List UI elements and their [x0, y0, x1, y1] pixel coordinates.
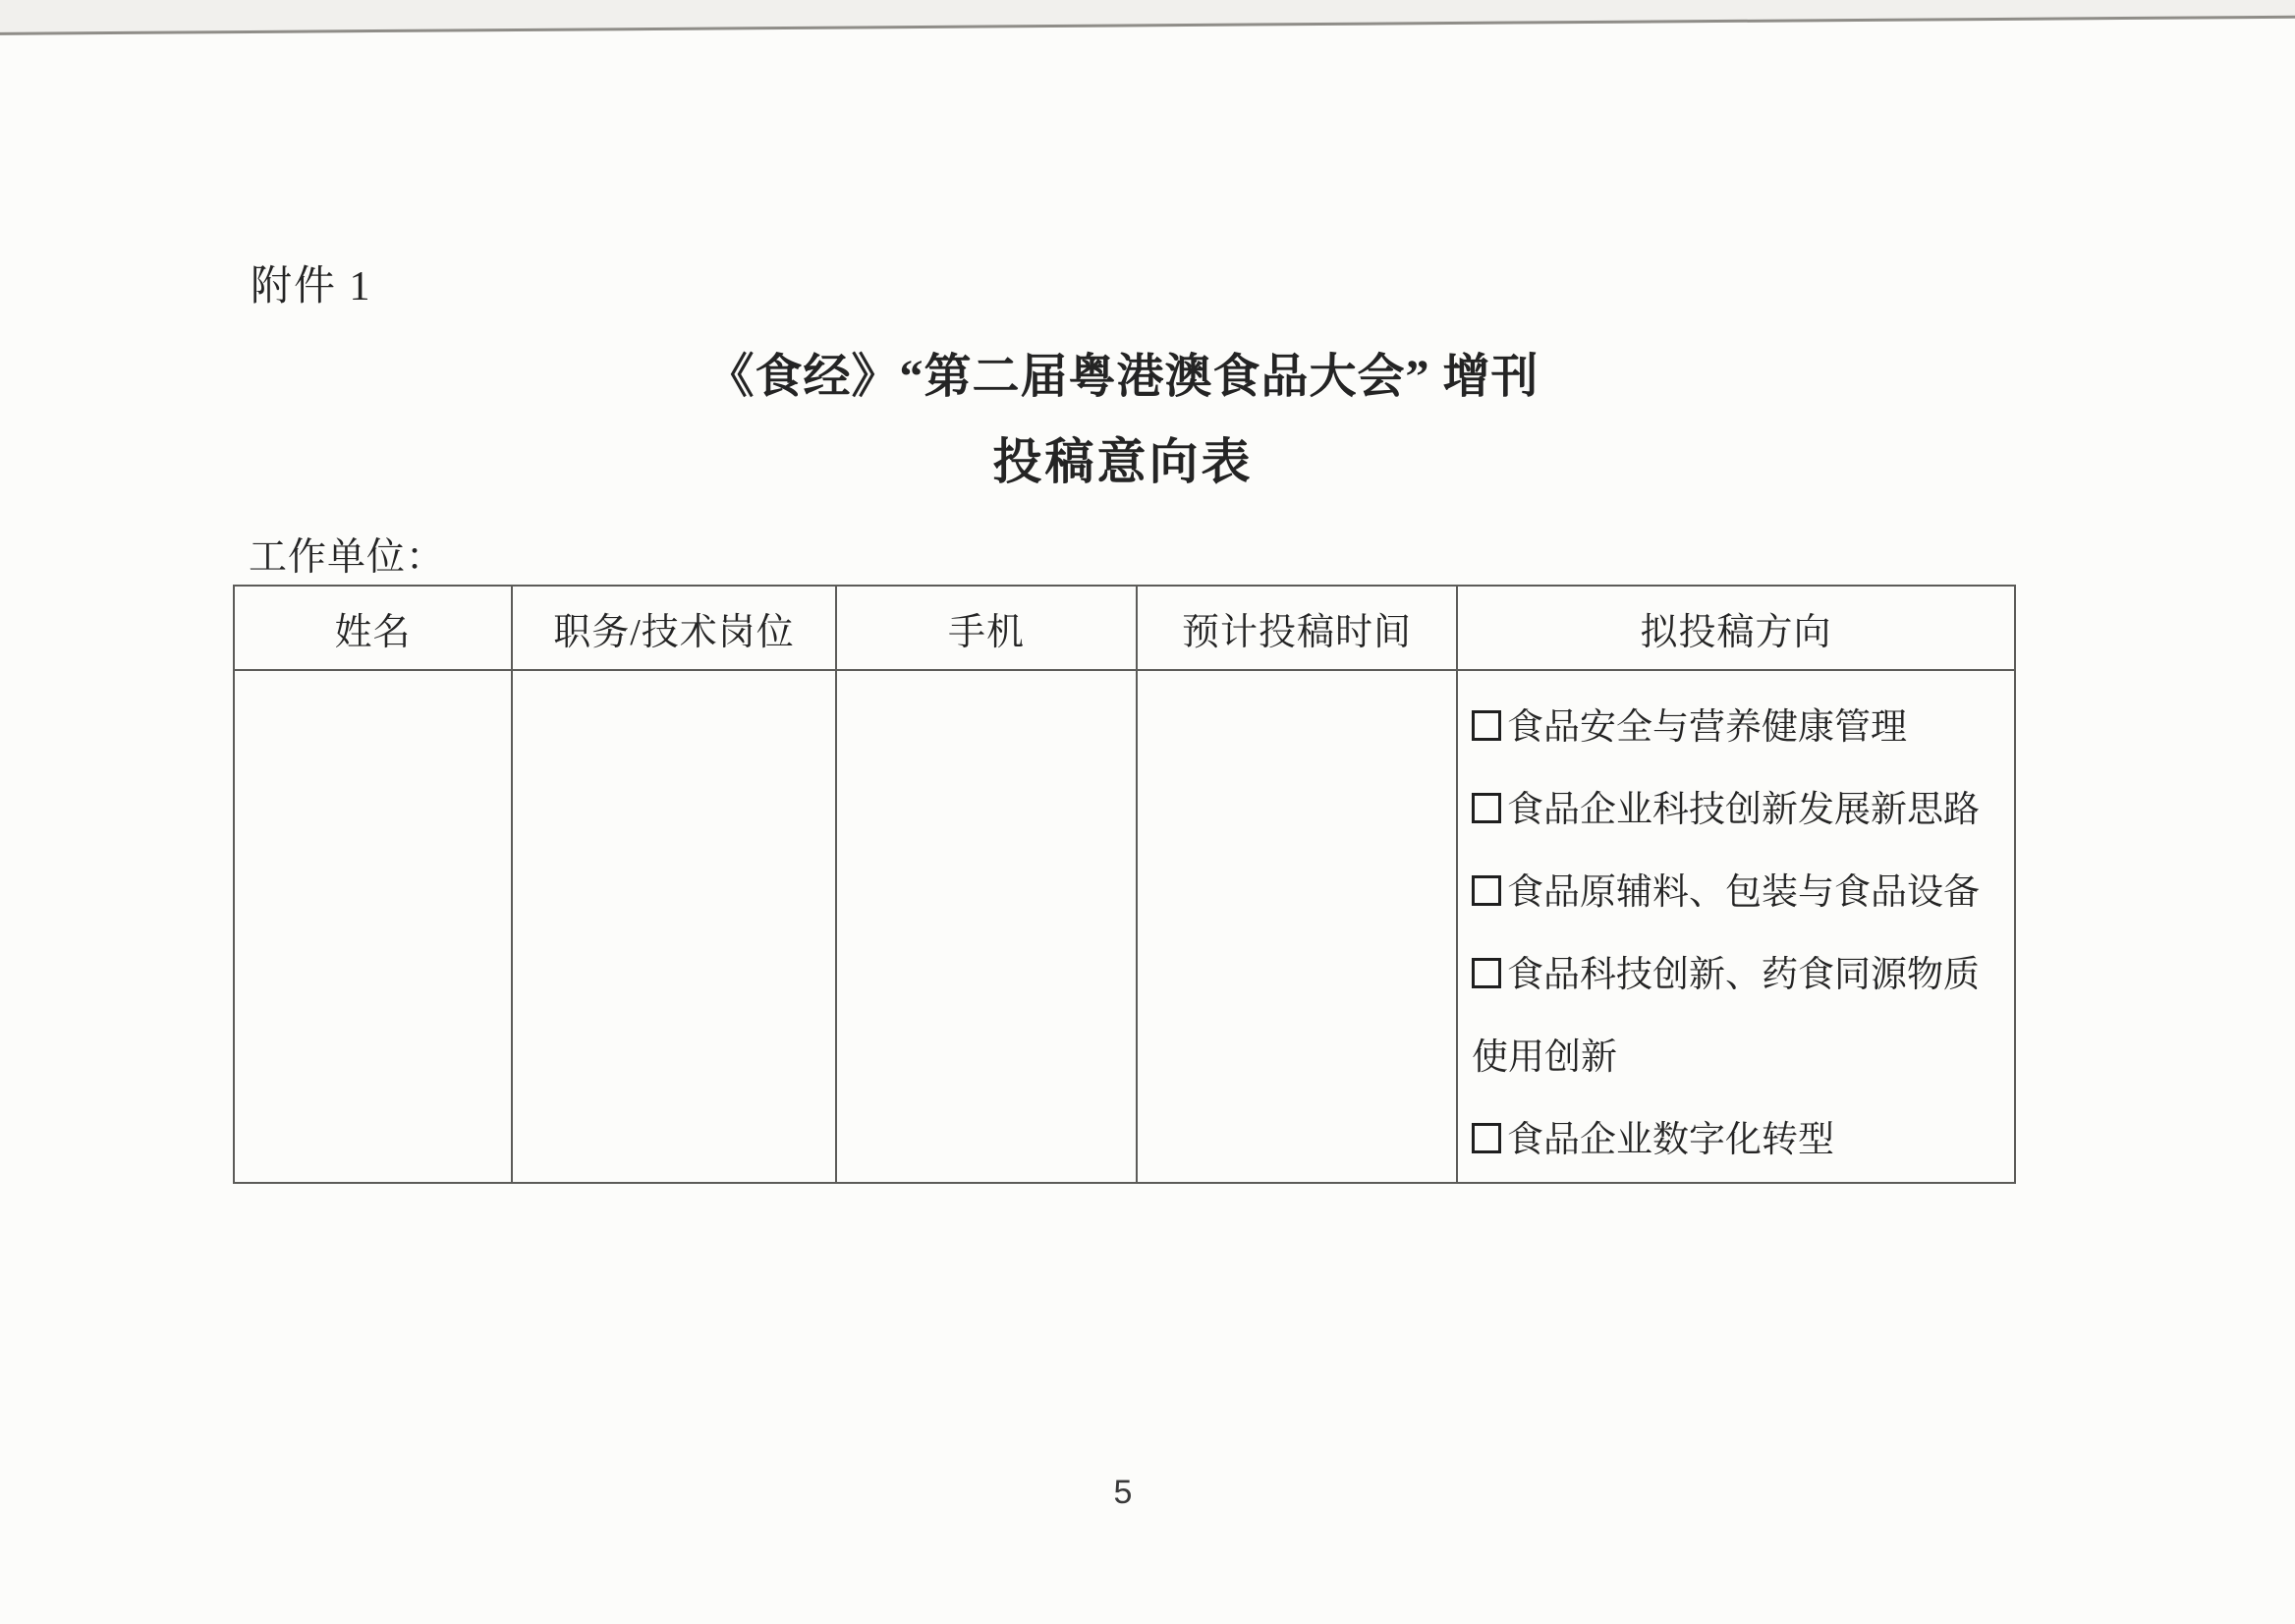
col-header-expected-time: 预计投稿时间: [1137, 586, 1457, 670]
directions-cell: 食品安全与营养健康管理 食品企业科技创新发展新思路 食品原辅料、包装与食品设备 …: [1457, 670, 2015, 1183]
direction-option-label: 食品安全与营养健康管理: [1507, 707, 1907, 748]
checkbox-icon: [1472, 958, 1501, 988]
direction-option-label: 食品企业数字化转型: [1507, 1120, 1834, 1160]
expected-time-cell-empty: [1137, 670, 1457, 1183]
scanned-document-page: 附件 1 《食经》“第二届粤港澳食品大会” 增刊 投稿意向表 工作单位： 姓名 …: [0, 0, 2295, 1624]
submission-intent-table: 姓名 职务/技术岗位 手机 预计投稿时间 拟投稿方向 食品安全与营养健康管理 食…: [233, 585, 2016, 1184]
document-title-line-2: 投稿意向表: [226, 422, 2020, 493]
col-header-direction: 拟投稿方向: [1457, 586, 2015, 670]
checkbox-icon: [1472, 1123, 1501, 1153]
document-title-line-1: 《食经》“第二届粤港澳食品大会” 增刊: [226, 338, 2020, 406]
table-header-row: 姓名 职务/技术岗位 手机 预计投稿时间 拟投稿方向: [234, 586, 2015, 670]
scan-edge-artifact: [0, 0, 2295, 35]
checkbox-icon: [1472, 875, 1501, 906]
attachment-label: 附件 1: [251, 253, 372, 312]
direction-option-medicine-food-homology: 食品科技创新、药食同源物质使用创新: [1472, 934, 2000, 1099]
checkbox-icon: [1472, 793, 1501, 823]
position-cell-empty: [512, 670, 836, 1183]
direction-option-raw-materials-packaging: 食品原辅料、包装与食品设备: [1472, 852, 2000, 934]
table-entry-row: 食品安全与营养健康管理 食品企业科技创新发展新思路 食品原辅料、包装与食品设备 …: [234, 670, 2015, 1183]
direction-option-label: 食品原辅料、包装与食品设备: [1507, 872, 1980, 913]
direction-option-digital-transformation: 食品企业数字化转型: [1472, 1099, 2000, 1182]
work-unit-label: 工作单位：: [249, 527, 445, 582]
direction-option-food-safety: 食品安全与营养健康管理: [1472, 687, 2000, 769]
direction-option-label: 食品科技创新、药食同源物质使用创新: [1472, 955, 1980, 1078]
direction-option-tech-innovation-ideas: 食品企业科技创新发展新思路: [1472, 769, 2000, 852]
col-header-position: 职务/技术岗位: [512, 586, 836, 670]
direction-option-label: 食品企业科技创新发展新思路: [1507, 790, 1980, 830]
checkbox-icon: [1472, 710, 1501, 741]
page-number: 5: [226, 1474, 2020, 1512]
col-header-name: 姓名: [234, 586, 512, 670]
phone-cell-empty: [836, 670, 1137, 1183]
col-header-phone: 手机: [836, 586, 1137, 670]
name-cell-empty: [234, 670, 512, 1183]
